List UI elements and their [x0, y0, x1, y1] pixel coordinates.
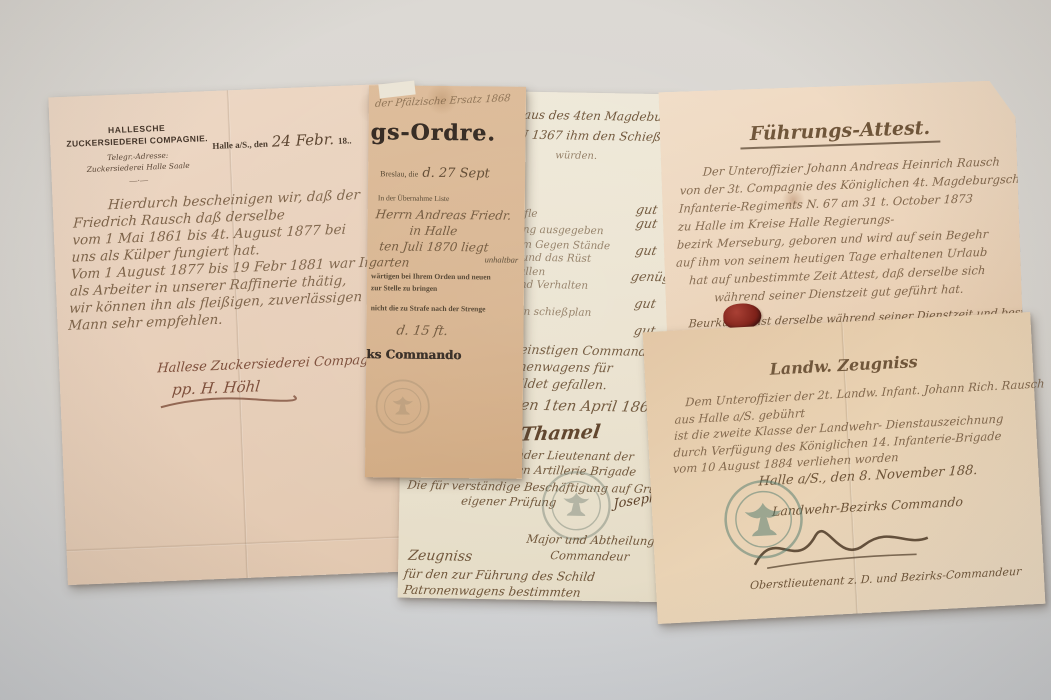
rating-label: und Verhalten	[513, 279, 588, 292]
document-landwehr-zeugniss: Landw. Zeugniss Dem Unteroffizier der 2t…	[643, 312, 1046, 624]
printed-line: nicht die zu Strafe nach der Strenge	[371, 303, 486, 313]
attest-title: Führungs-Attest.	[739, 116, 940, 149]
zeugniss-title: Landw. Zeugniss	[769, 352, 918, 379]
rating-label: fle	[524, 208, 537, 220]
ordre-title: gs-Ordre.	[370, 119, 496, 146]
issue-printed-label: Breslau, die	[380, 169, 418, 178]
document-ordre: der Pfälzische Ersatz 1868 gs-Ordre. Bre…	[365, 85, 526, 479]
hand-line: ten Juli 1870 liegt	[379, 239, 490, 254]
faint-round-stamp-icon	[373, 377, 432, 436]
rating-label: Im Gegen Stände	[518, 239, 611, 253]
signature-flourish	[155, 388, 296, 414]
rank-line: Major und Abtheilungs	[526, 532, 662, 548]
printed-line: zur Stelle zu bringen	[371, 283, 437, 293]
rating-label: ung ausgegeben	[516, 224, 604, 238]
rating-value: gut	[633, 296, 657, 311]
bottom-heading: Zeugniss	[407, 548, 473, 565]
letterhead: HALLESCHE ZUCKERSIEDEREI COMPAGNIE. Tele…	[64, 121, 212, 188]
date-printed-prefix: Halle a/S., den	[212, 139, 268, 151]
fold-crease	[226, 90, 249, 578]
printed-note-right: unhaltbar	[485, 254, 519, 264]
letter-body: Hierdurch bescheinigen wir, daß der Frie…	[68, 185, 414, 335]
footer-printed: ks Commando	[366, 347, 461, 362]
hand-line: garten	[368, 255, 410, 269]
rating-value: gut	[635, 216, 659, 231]
top-line: würden.	[555, 150, 597, 162]
issue-line: Breslau, die d. 27 Sept	[380, 163, 490, 182]
fold-crease	[66, 535, 430, 553]
rank-line: Commandeur	[549, 548, 630, 563]
torn-corner	[378, 81, 415, 99]
rating-value: gut	[634, 243, 658, 258]
date-handwritten: 24 Febr.	[271, 130, 334, 150]
signature: Thamel	[519, 421, 602, 446]
rank-line: tender Lieutenant der	[504, 447, 634, 463]
photo-of-historical-documents: HALLESCHE ZUCKERSIEDEREI COMPAGNIE. Tele…	[0, 0, 1051, 700]
date-printed-suffix: 18..	[338, 135, 352, 146]
hand-line: Herrn Andreas Friedr.	[375, 207, 512, 222]
printed-line: wärtigen bei Ihrem Orden und neuen	[371, 271, 491, 281]
rating-label: und das Rüst	[521, 252, 591, 265]
bottom-line: für den zur Führung des Schild	[403, 567, 596, 584]
letterhead-ornament: —·—	[66, 173, 212, 188]
list-label: In der Übernahme Liste	[378, 193, 450, 203]
attest-body: Der Unteroffizier Johann Andreas Heinric…	[674, 152, 1017, 308]
top-line: N 1367 ihm den Schießzu	[517, 128, 676, 145]
dateline: Halle a/S., den 24 Febr. 18..	[212, 129, 352, 154]
hand-line: in Halle	[409, 224, 458, 238]
issue-handwritten-value: d. 27 Sept	[422, 166, 490, 182]
bottom-line: Patronenwagens bestimmten	[403, 583, 582, 600]
hand-note: d. 15 ft.	[395, 324, 449, 340]
attest-title-wrap: Führungs-Attest.	[730, 116, 951, 146]
top-line: aus des 4ten Magdeburgi	[523, 108, 680, 125]
eagle-stamp-icon	[720, 476, 806, 562]
company-signature-line: Hallese Zuckersiederei Compagnie.	[157, 352, 393, 377]
